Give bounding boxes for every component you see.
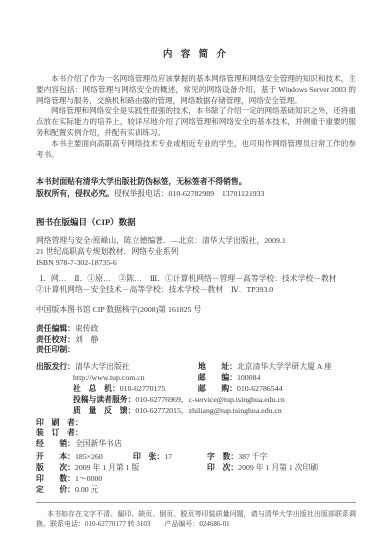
publisher-name: 清华大学出版社: [75, 362, 130, 371]
quality-feedback-cell: 质 量 反 馈：010-62772015，zhiliang@tup.tsingh…: [36, 405, 282, 416]
price-cell: 定 价：0.00 元: [36, 484, 98, 495]
reader-service-label: 投稿与读者服务：: [73, 395, 135, 404]
publisher-row-4: 投稿与读者服务：010-62776969，c-service@tup.tsing…: [36, 394, 356, 405]
publisher-block: 出版发行：清华大学出版社 地 址：北京清华大学学研大厦 A 座 http://w…: [36, 361, 356, 416]
distributor-row: 经 销：全国新华书店: [36, 439, 356, 450]
intro-paragraph-2: 网络管理和网络安全是实践性很强的技术，本书除了介绍一定的网络基础知识之外，还将重…: [36, 106, 356, 138]
specs-row-2: 版 次：2009 年 1 月第 1 版 印 次：2009 年 1 月第 1 次印…: [36, 462, 356, 473]
proofreader-label: 责任校对：: [36, 335, 75, 346]
address-cell: 地 址：北京清华大学学研大厦 A 座: [198, 361, 332, 372]
cip-block: 网络管理与安全/原峰山，陈立德编著．—北京：清华大学出版社，2009.1 21 …: [36, 235, 356, 268]
address-label: 地 址：: [198, 362, 237, 371]
cip-record-number: 中国版本图书馆 CIP 数据核字(2008)第 161825 号: [36, 304, 356, 315]
website-url: http://www.tup.com.cn: [73, 373, 145, 382]
editor-name: 束传政: [75, 324, 98, 335]
print-run-cell: 印 数：1～0000: [36, 473, 102, 484]
print-run-label: 印 数：: [36, 474, 75, 483]
printer-row: 印 刷 者：: [36, 418, 356, 429]
staff-block: 责任编辑：束传政 责任校对：刘 静 责任印制：: [36, 324, 356, 356]
reader-service-cell: 投稿与读者服务：010-62776969，c-service@tup.tsing…: [36, 394, 285, 405]
distributor-label: 经 销：: [36, 439, 75, 450]
cip-classification: Ⅰ．网… Ⅱ．①原… ②陈… Ⅲ．①计算机网络－管理－高等学校：技术学校－教材 …: [36, 273, 356, 295]
copyright-statement: 版权所有，侵权必究。: [36, 189, 114, 198]
website-cell: http://www.tup.com.cn: [36, 372, 198, 383]
cip-heading: 图书在版编目（CIP）数据: [36, 216, 356, 228]
edition-value: 2009 年 1 月第 1 版: [75, 463, 139, 472]
print-supervisor-label: 责任印制：: [36, 345, 75, 356]
specs-row-3: 印 数：1～0000: [36, 473, 356, 484]
cip-series: 21 世纪高职高专规划教材．网络专业系列: [36, 246, 356, 257]
proofreader-name: 刘 静: [75, 335, 98, 346]
intro-paragraph-1: 本书介绍了作为一名网络管理员应该掌握的基本网络管理和网络安全管理的知识和技术，主…: [36, 74, 356, 106]
anti-piracy-line-1: 本书封面贴有清华大学出版社防伪标签，无标签者不得销售。: [36, 176, 356, 188]
quality-feedback-label: 质 量 反 馈：: [73, 406, 135, 415]
publisher-row-2: http://www.tup.com.cn 邮 编：100084: [36, 372, 356, 383]
print-run-value: 1～0000: [75, 474, 102, 483]
format-value: 185×260: [75, 452, 103, 461]
zipcode-cell: 邮 编：100084: [198, 372, 260, 383]
mail-order-phone: 010-62786544: [237, 384, 282, 393]
switchboard-phone: 010-62770175: [120, 384, 165, 393]
zipcode-label: 邮 编：: [198, 373, 237, 382]
impression-cell: 印 次：2009 年 1 月第 1 次印刷: [207, 462, 318, 473]
anti-piracy-line-2: 版权所有，侵权必究。侵权举报电话：010-62782989 1370112193…: [36, 188, 356, 200]
binder-label: 装 订 者：: [36, 428, 83, 439]
cip-entry: 网络管理与安全/原峰山，陈立德编著．—北京：清华大学出版社，2009.1: [36, 235, 356, 246]
staff-row-proofreader: 责任校对：刘 静: [36, 335, 356, 346]
format-label: 开 本：: [36, 452, 75, 461]
report-phone: 侵权举报电话：010-62782989 13701121933: [114, 189, 264, 198]
cip-class-line-1: Ⅰ．网… Ⅱ．①原… ②陈… Ⅲ．①计算机网络－管理－高等学校：技术学校－教材: [36, 273, 356, 284]
footer-divider: [36, 502, 356, 503]
switchboard-cell: 社 总 机：010-62770175: [36, 383, 198, 394]
quality-complaint-notice: 本书如存在文字不清、漏印、缺页、倒页、脱页等印装质量问题，请与清华大学出版社出版…: [36, 509, 356, 529]
switchboard-label: 社 总 机：: [73, 384, 120, 393]
staff-row-print-supervisor: 责任印制：: [36, 345, 356, 356]
printing-block: 印 刷 者： 装 订 者： 经 销：全国新华书店: [36, 418, 356, 450]
summary-title: 内 容 简 介: [36, 46, 356, 60]
zipcode-value: 100084: [237, 373, 260, 382]
address-value: 北京清华大学学研大厦 A 座: [237, 362, 332, 371]
price-value: 0.00 元: [75, 485, 98, 494]
mail-order-cell: 邮 购：010-62786544: [198, 383, 282, 394]
quality-feedback-contact: 010-62772015，zhiliang@tup.tsinghua.edu.c…: [135, 406, 281, 415]
publisher-row-1: 出版发行：清华大学出版社 地 址：北京清华大学学研大厦 A 座: [36, 361, 356, 372]
staff-row-editor: 责任编辑：束传政: [36, 324, 356, 335]
publisher-label: 出版发行：: [36, 362, 75, 371]
distributor-value: 全国新华书店: [75, 439, 122, 450]
word-count-value: 387 千字: [238, 452, 267, 461]
publisher-cell: 出版发行：清华大学出版社: [36, 361, 198, 372]
impression-value: 2009 年 1 月第 1 次印刷: [238, 463, 318, 472]
publisher-row-5: 质 量 反 馈：010-62772015，zhiliang@tup.tsingh…: [36, 405, 356, 416]
editor-label: 责任编辑：: [36, 324, 75, 335]
intro-paragraph-3: 本书主要面向高职高专网络技术专业或相近专业的学生，也可用作网络管理员日常工作的参…: [36, 139, 356, 161]
word-count-cell: 字 数：387 千字: [207, 451, 267, 462]
word-count-label: 字 数：: [207, 452, 238, 461]
format-cell: 开 本：185×260: [36, 451, 133, 462]
sheets-label: 印 张：: [133, 452, 164, 461]
edition-label: 版 次：: [36, 463, 75, 472]
anti-piracy-notice: 本书封面贴有清华大学出版社防伪标签，无标签者不得销售。 版权所有，侵权必究。侵权…: [36, 176, 356, 199]
impression-label: 印 次：: [207, 463, 238, 472]
mail-order-label: 邮 购：: [198, 384, 237, 393]
binder-row: 装 订 者：: [36, 428, 356, 439]
sheets-cell: 印 张：17: [133, 451, 207, 462]
publisher-row-3: 社 总 机：010-62770175 邮 购：010-62786544: [36, 383, 356, 394]
printer-label: 印 刷 者：: [36, 418, 83, 429]
copyright-page: 内 容 简 介 本书介绍了作为一名网络管理员应该掌握的基本网络管理和网络安全管理…: [0, 0, 390, 546]
specs-block: 开 本：185×260 印 张：17 字 数：387 千字 版 次：2009 年…: [36, 451, 356, 495]
specs-row-1: 开 本：185×260 印 张：17 字 数：387 千字: [36, 451, 356, 462]
cip-class-line-2: ②计算机网络－安全技术－高等学校：技术学校－教材 Ⅳ．TP393.0: [36, 284, 356, 295]
edition-cell: 版 次：2009 年 1 月第 1 版: [36, 462, 207, 473]
reader-service-contact: 010-62776969，c-service@tup.tsinghua.edu.…: [135, 395, 284, 404]
price-label: 定 价：: [36, 485, 75, 494]
specs-row-4: 定 价：0.00 元: [36, 484, 356, 495]
cip-isbn: ISBN 978-7-302-18735-6: [36, 257, 356, 268]
sheets-value: 17: [164, 452, 172, 461]
